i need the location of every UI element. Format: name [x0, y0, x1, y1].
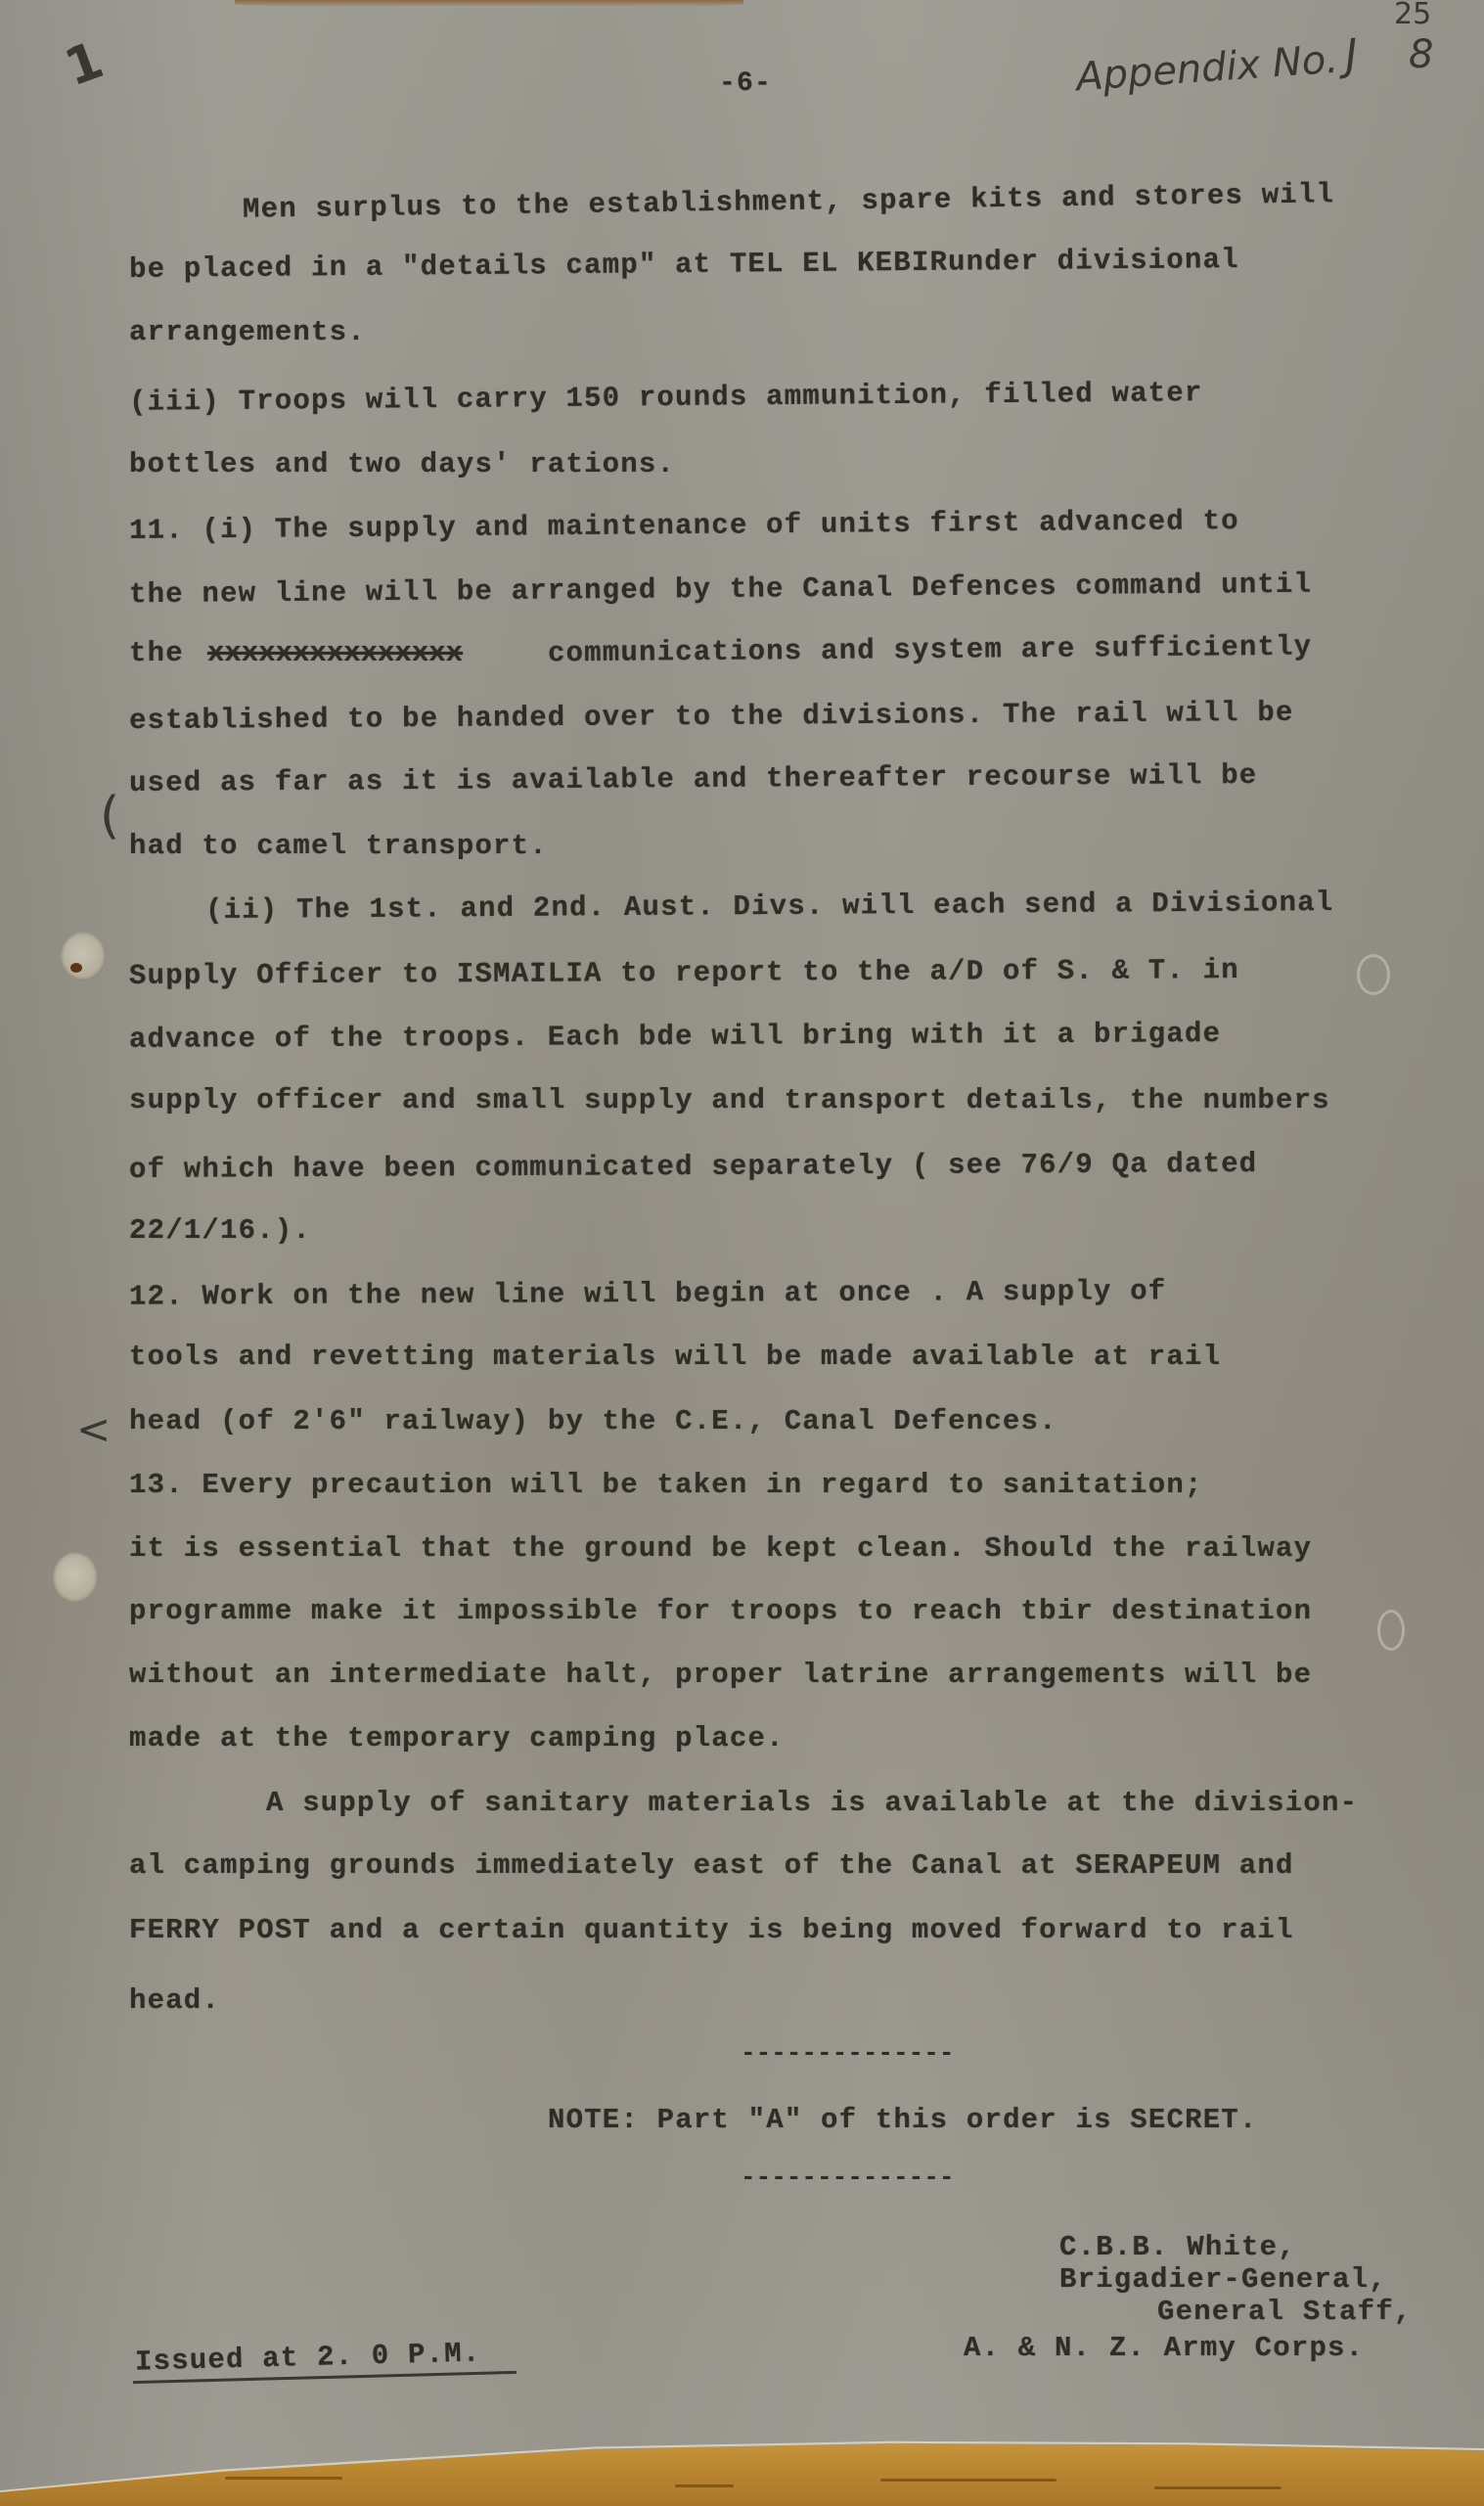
body-line: had to camel transport.	[129, 832, 548, 860]
separator-bottom: --------------	[741, 2163, 954, 2192]
signature-role: General Staff,	[1157, 2298, 1412, 2326]
body-line: Supply Officer to ISMAILIA to report to …	[129, 956, 1239, 990]
punch-hole-ring	[1357, 954, 1390, 995]
body-line: tools and revetting materials will be ma…	[129, 1343, 1221, 1371]
signature-rank: Brigadier-General,	[1059, 2265, 1387, 2294]
body-line: al camping grounds immediately east of t…	[129, 1851, 1294, 1880]
body-line: supply officer and small supply and tran…	[129, 1086, 1330, 1115]
body-line: 12. Work on the new line will begin at o…	[129, 1277, 1167, 1311]
body-line: it is essential that the ground be kept …	[129, 1534, 1312, 1563]
body-line: programme make it impossible for troops …	[129, 1597, 1312, 1625]
body-line: without an intermediate halt, proper lat…	[129, 1661, 1312, 1689]
body-line: head.	[129, 1986, 220, 2015]
punch-hole-ring	[1377, 1610, 1405, 1651]
body-line: of which have been communicated separate…	[129, 1150, 1258, 1184]
signature-unit: A. & N. Z. Army Corps.	[964, 2334, 1364, 2362]
document-page: 1 -6- Appendix No. J 25 8 Men surplus to…	[0, 0, 1484, 2506]
margin-page-number: 1	[59, 34, 110, 94]
body-line: communications and system are sufficient…	[548, 633, 1313, 668]
page-number: -6-	[719, 70, 772, 98]
body-line: made at the temporary camping place.	[129, 1724, 785, 1753]
body-line: established to be handed over to the div…	[129, 699, 1294, 735]
separator-top: --------------	[741, 2038, 954, 2068]
struck-out-text: xxxxxxxxxxxxxxx	[207, 639, 463, 667]
wood-grain	[880, 2479, 1057, 2482]
body-line: 13. Every precaution will be taken in re…	[129, 1471, 1203, 1499]
body-line: (ii) The 1st. and 2nd. Aust. Divs. will …	[205, 888, 1334, 925]
punch-hole	[53, 1552, 98, 1603]
margin-tick-mark: <	[76, 1409, 111, 1450]
body-line: the new line will be arranged by the Can…	[129, 570, 1312, 610]
body-line: 11. (i) The supply and maintenance of un…	[129, 507, 1239, 545]
folio-number-top: 25	[1394, 0, 1431, 29]
signature-name: C.B.B. White,	[1059, 2233, 1296, 2261]
folio-number-bottom: 8	[1409, 35, 1433, 74]
body-line: Men surplus to the establishment, spare …	[243, 180, 1334, 224]
punch-hole	[61, 932, 106, 980]
wood-grain	[675, 2484, 734, 2487]
secret-note: NOTE: Part "A" of this order is SECRET.	[548, 2106, 1258, 2134]
body-line: arrangements.	[129, 318, 366, 346]
margin-bracket-mark: (	[100, 791, 119, 842]
issued-time: Issued at 2. 0 P.M.	[135, 2339, 481, 2376]
body-line: (iii) Troops will carry 150 rounds ammun…	[129, 379, 1203, 417]
appendix-number: J	[1343, 34, 1359, 78]
body-line: used as far as it is available and there…	[129, 761, 1258, 797]
body-line: 22/1/16.).	[129, 1216, 311, 1245]
hole-stain	[70, 963, 82, 973]
wood-grain	[225, 2477, 342, 2480]
body-line: the	[129, 639, 184, 667]
body-line: FERRY POST and a certain quantity is bei…	[129, 1916, 1294, 1944]
body-line: advance of the troops. Each bde will bri…	[129, 1020, 1221, 1054]
appendix-label: Appendix No.	[1075, 40, 1339, 98]
body-line: A supply of sanitary materials is availa…	[266, 1789, 1358, 1817]
body-line: head (of 2'6" railway) by the C.E., Cana…	[129, 1407, 1057, 1435]
body-line: be placed in a "details camp" at TEL EL …	[129, 246, 1239, 284]
wood-grain	[1154, 2486, 1282, 2489]
page-top-edge	[235, 0, 743, 8]
body-line: bottles and two days' rations.	[129, 450, 675, 478]
